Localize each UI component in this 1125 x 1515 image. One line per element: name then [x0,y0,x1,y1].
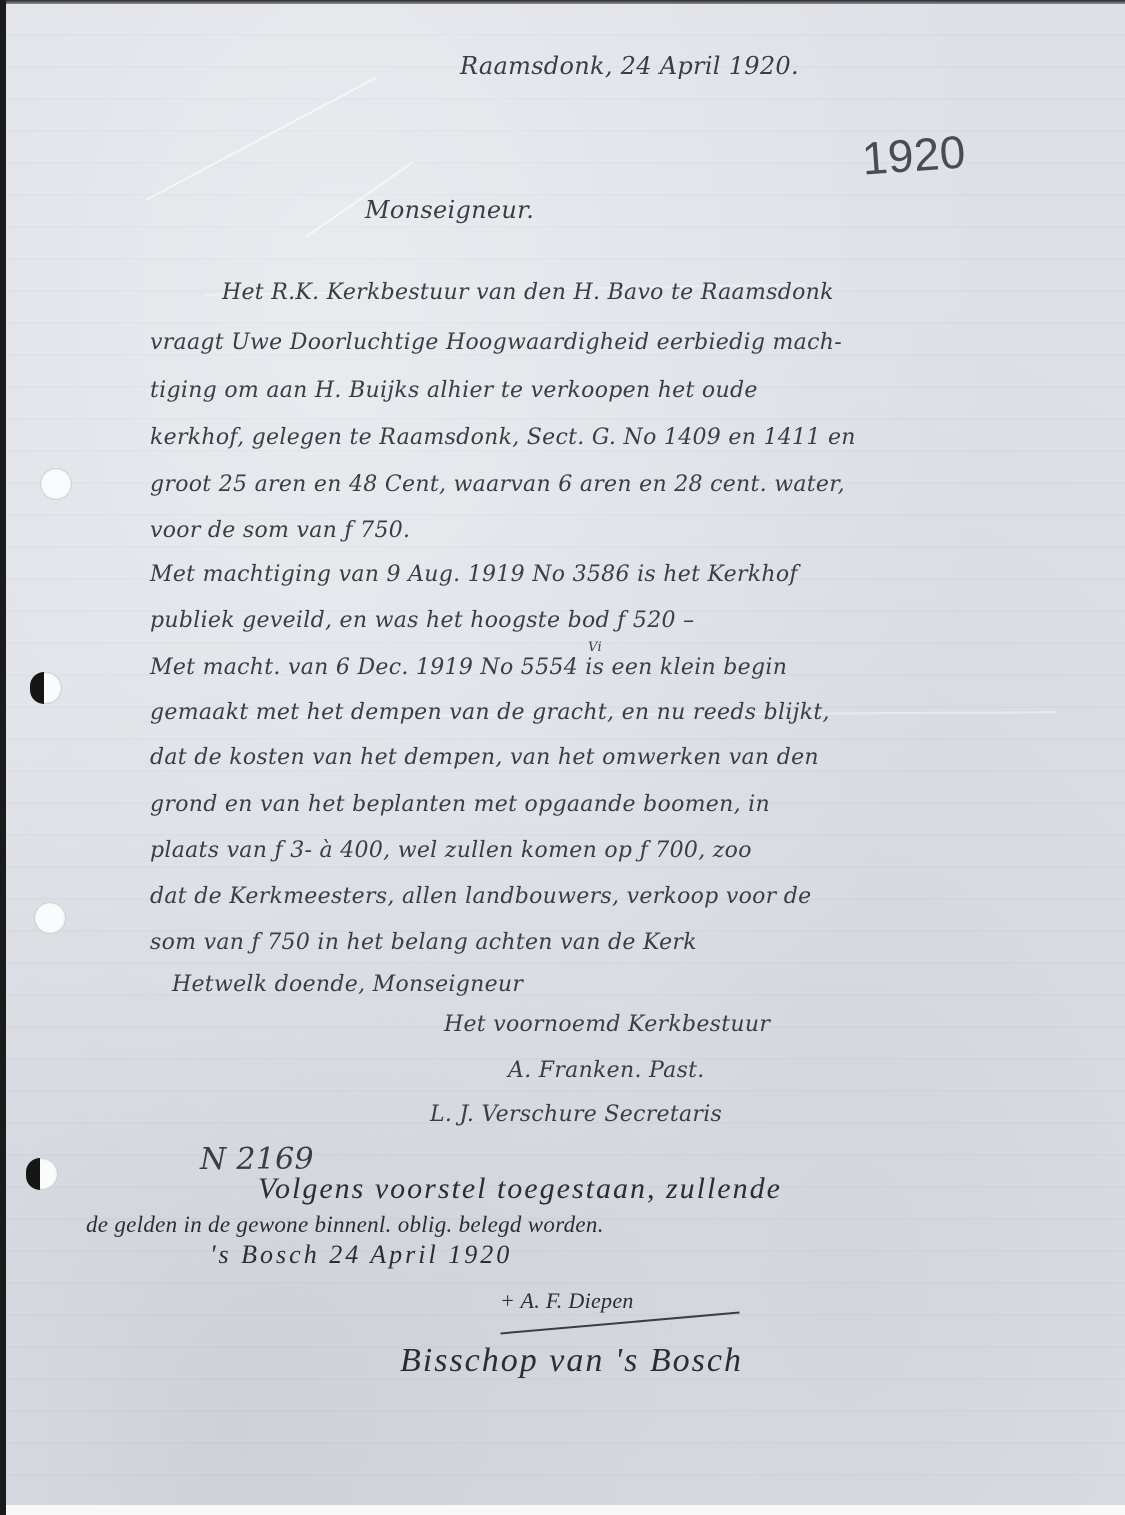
closing: Hetwelk doende, Monseigneur [172,972,523,997]
scanned-letter: Raamsdonk, 24 April 1920. 1920 Monseigne… [0,0,1125,1515]
approval-line-2: de gelden in de gewone binnenl. oblig. b… [86,1212,604,1238]
signature-board: Het voornoemd Kerkbestuur [444,1012,770,1037]
archive-year-mark: 1920 [860,124,967,185]
body-line: kerkhof, gelegen te Raamsdonk, Sect. G. … [150,425,856,450]
punch-hole [34,902,66,934]
signature-pastor: A. Franken. Past. [508,1058,705,1083]
body-line: som van ƒ 750 in het belang achten van d… [150,930,697,955]
body-line: Met macht. van 6 Dec. 1919 No 5554 is ee… [150,655,787,680]
approval-date: 's Bosch 24 April 1920 [210,1240,512,1270]
paper-crease [146,77,377,201]
body-line: dat de Kerkmeesters, allen landbouwers, … [150,884,812,909]
punch-hole [26,1158,58,1190]
body-line: Het R.K. Kerkbestuur van den H. Bavo te … [222,280,834,305]
body-line: Met machtiging van 9 Aug. 1919 No 3586 i… [150,562,798,587]
body-line: plaats van ƒ 3- à 400, wel zullen komen … [150,838,752,863]
punch-hole [30,672,62,704]
punch-hole [40,468,72,500]
place-date: Raamsdonk, 24 April 1920. [460,52,799,80]
approval-line-1: Volgens voorstel toegestaan, zullende [258,1172,782,1206]
bishop-title: Bisschop van 's Bosch [400,1342,743,1380]
salutation: Monseigneur. [365,196,534,224]
body-line: gemaakt met het dempen van de gracht, en… [150,700,830,725]
body-line: publiek geveild, en was het hoogste bod … [150,608,694,633]
body-line: voor de som van ƒ 750. [150,518,410,543]
signature-secretary: L. J. Verschure Secretaris [430,1102,722,1127]
bishop-signature: + A. F. Diepen [500,1288,634,1314]
body-line: tiging om aan H. Buijks alhier te verkoo… [150,378,758,403]
scanner-bottom-margin [6,1505,1125,1515]
body-line: grond en van het beplanten met opgaande … [150,792,770,817]
body-line: vraagt Uwe Doorluchtige Hoogwaardigheid … [150,330,842,355]
body-line: dat de kosten van het dempen, van het om… [150,745,819,770]
body-line: groot 25 aren en 48 Cent, waarvan 6 aren… [150,472,845,497]
body-superscript: Vi [588,640,602,655]
